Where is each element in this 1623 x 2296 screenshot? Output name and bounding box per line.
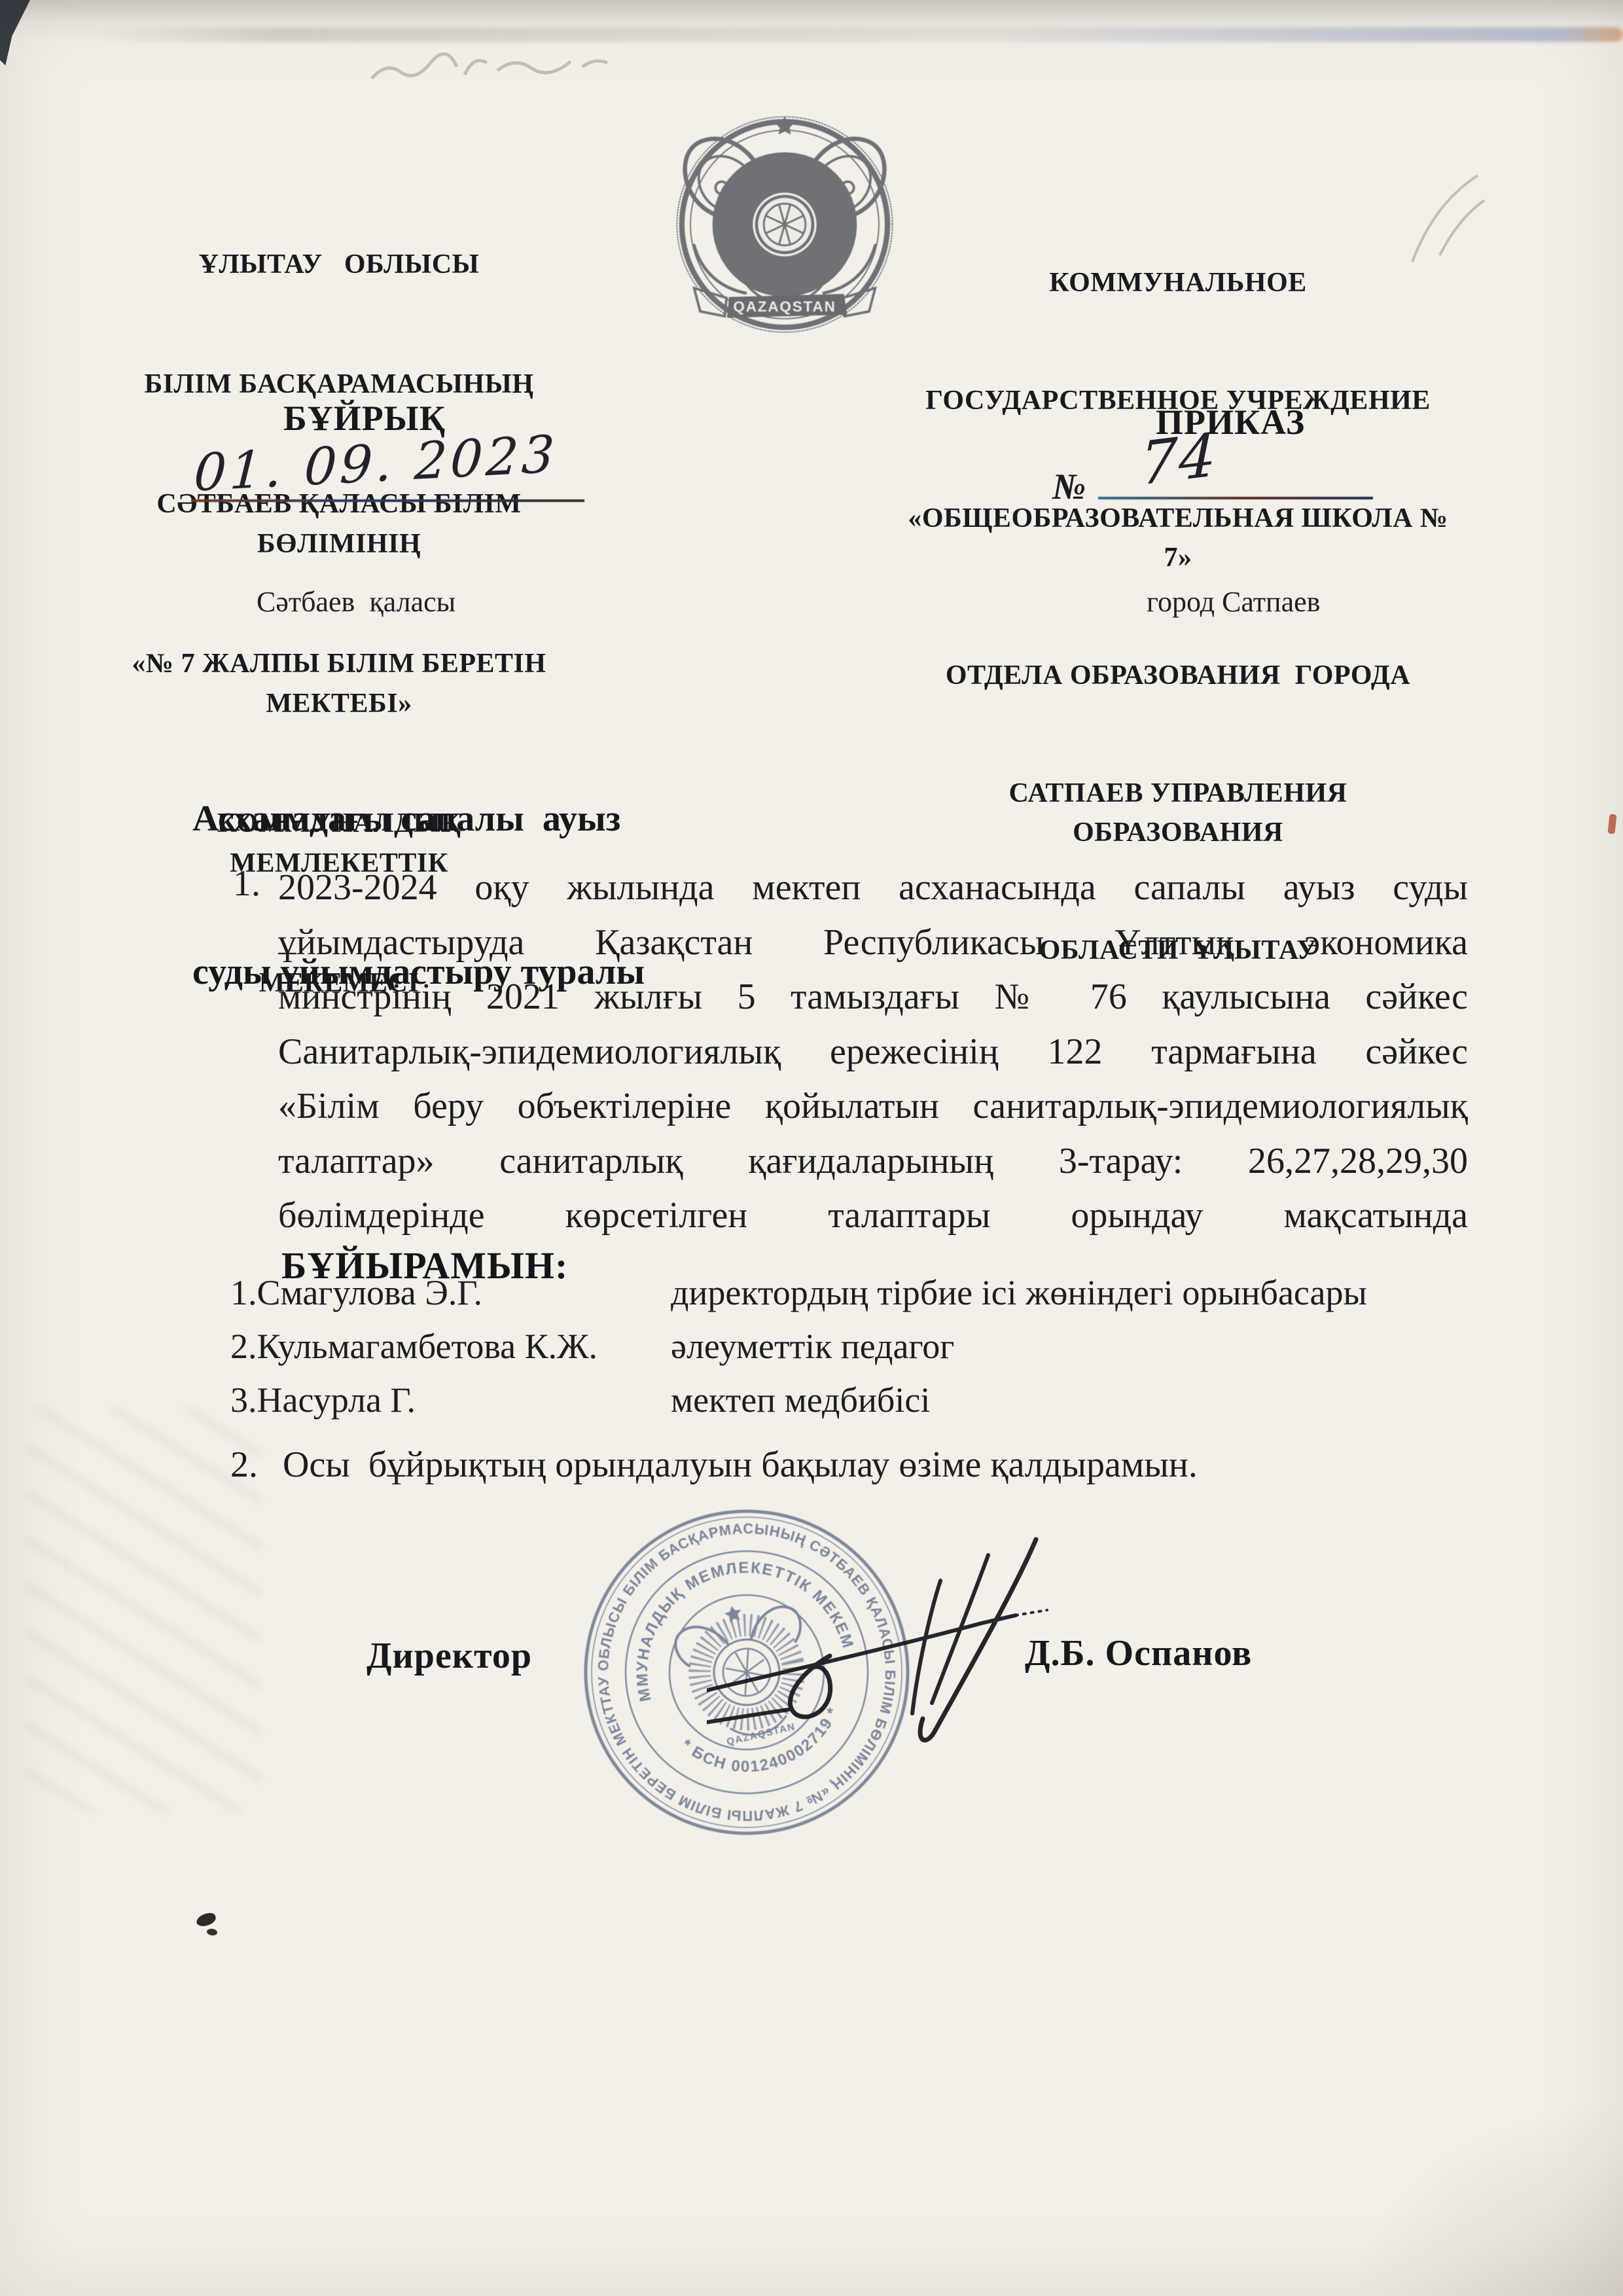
- city-kazakh: Сәтбаев қаласы: [257, 585, 455, 619]
- scan-bottom-shadow: [1348, 2100, 1623, 2296]
- ink-blot: [206, 1928, 217, 1936]
- assignee-row: 3.Насурла Г. мектеп медбибісі: [0, 1380, 1623, 1431]
- paragraph-line: ұйымдастыруда Қазақстан Республикасы Ұлт…: [278, 916, 1468, 971]
- city-russian: город Сатпаев: [1147, 585, 1320, 619]
- director-signature: [707, 1460, 1099, 1787]
- order-title-line: Асханадағы сапалы ауыз: [192, 793, 742, 844]
- pencil-scribble: [366, 41, 615, 99]
- date-underline: [191, 499, 584, 502]
- paragraph-line: минстрінің 2021 жылғы 5 тамыздағы № 76 қ…: [278, 970, 1468, 1025]
- org-name-ru-line: «ОБЩЕОБРАЗОВАТЕЛЬНАЯ ШКОЛА № 7»: [904, 499, 1452, 577]
- paragraph-line: 2023-2024 оқу жылында мектеп асханасында…: [278, 861, 1468, 916]
- kazakhstan-coat-of-arms-icon: QAZAQSTAN: [662, 102, 907, 347]
- order-number-handwritten: 74: [1140, 420, 1218, 499]
- assignee-row: 2.Кульмагамбетова К.Ж. әлеуметтік педаго…: [0, 1326, 1623, 1377]
- org-name-ru-line: КОММУНАЛЬНОЕ: [904, 263, 1452, 302]
- assignee-row: 1.Смагулова Э.Г. директордың тірбие ісі …: [0, 1272, 1623, 1323]
- paragraph-line: бөлімдерінде көрсетілген талаптары орынд…: [278, 1189, 1468, 1244]
- assignee-name: 1.Смагулова Э.Г.: [230, 1272, 482, 1313]
- assignee-name: 2.Кульмагамбетова К.Ж.: [230, 1326, 597, 1367]
- org-name-kk-line: ҰЛЫТАУ ОБЛЫСЫ: [110, 245, 568, 285]
- assignee-role: мектеп медбибісі: [671, 1380, 930, 1420]
- director-label: Директор: [366, 1635, 532, 1677]
- emblem-banner-text: QAZAQSTAN: [733, 298, 836, 315]
- paper-crease: [26, 1407, 262, 1813]
- org-name-ru-line: ОТДЕЛА ОБРАЗОВАНИЯ ГОРОДА: [904, 656, 1452, 695]
- ink-blot: [195, 1912, 217, 1928]
- red-edge-mark: [1607, 814, 1616, 834]
- number-sign: №: [1052, 466, 1086, 508]
- assignee-name: 3.Насурла Г.: [230, 1380, 416, 1420]
- paragraph-line: Санитарлық-эпидемиологиялық ережесінің 1…: [278, 1025, 1468, 1080]
- assignee-role: әлеуметтік педагог: [671, 1326, 954, 1367]
- paragraph-line: талаптар» санитарлық қағидаларының 3-тар…: [278, 1134, 1468, 1189]
- order-item-1: 2023-2024 оқу жылында мектеп асханасында…: [278, 861, 1468, 1244]
- number-underline: [1098, 497, 1373, 499]
- paragraph-line: «Білім беру объектілеріне қойылатын сани…: [278, 1079, 1468, 1134]
- scan-top-streak: [92, 27, 1623, 42]
- org-name-kk-line: СӘТБАЕВ ҚАЛАСЫ БІЛІМ БӨЛІМІНІҢ: [110, 484, 568, 564]
- item-2-number: 2.: [230, 1444, 258, 1486]
- scanned-order-document: ҰЛЫТАУ ОБЛЫСЫ БІЛІМ БАСҚАРАМАСЫНЫҢ СӘТБА…: [0, 0, 1623, 2296]
- assignee-role: директордың тірбие ісі жөніндегі орынбас…: [671, 1272, 1367, 1313]
- org-name-ru-line: САТПАЕВ УПРАВЛЕНИЯ ОБРАЗОВАНИЯ: [904, 774, 1452, 852]
- item-1-number: 1.: [233, 863, 260, 905]
